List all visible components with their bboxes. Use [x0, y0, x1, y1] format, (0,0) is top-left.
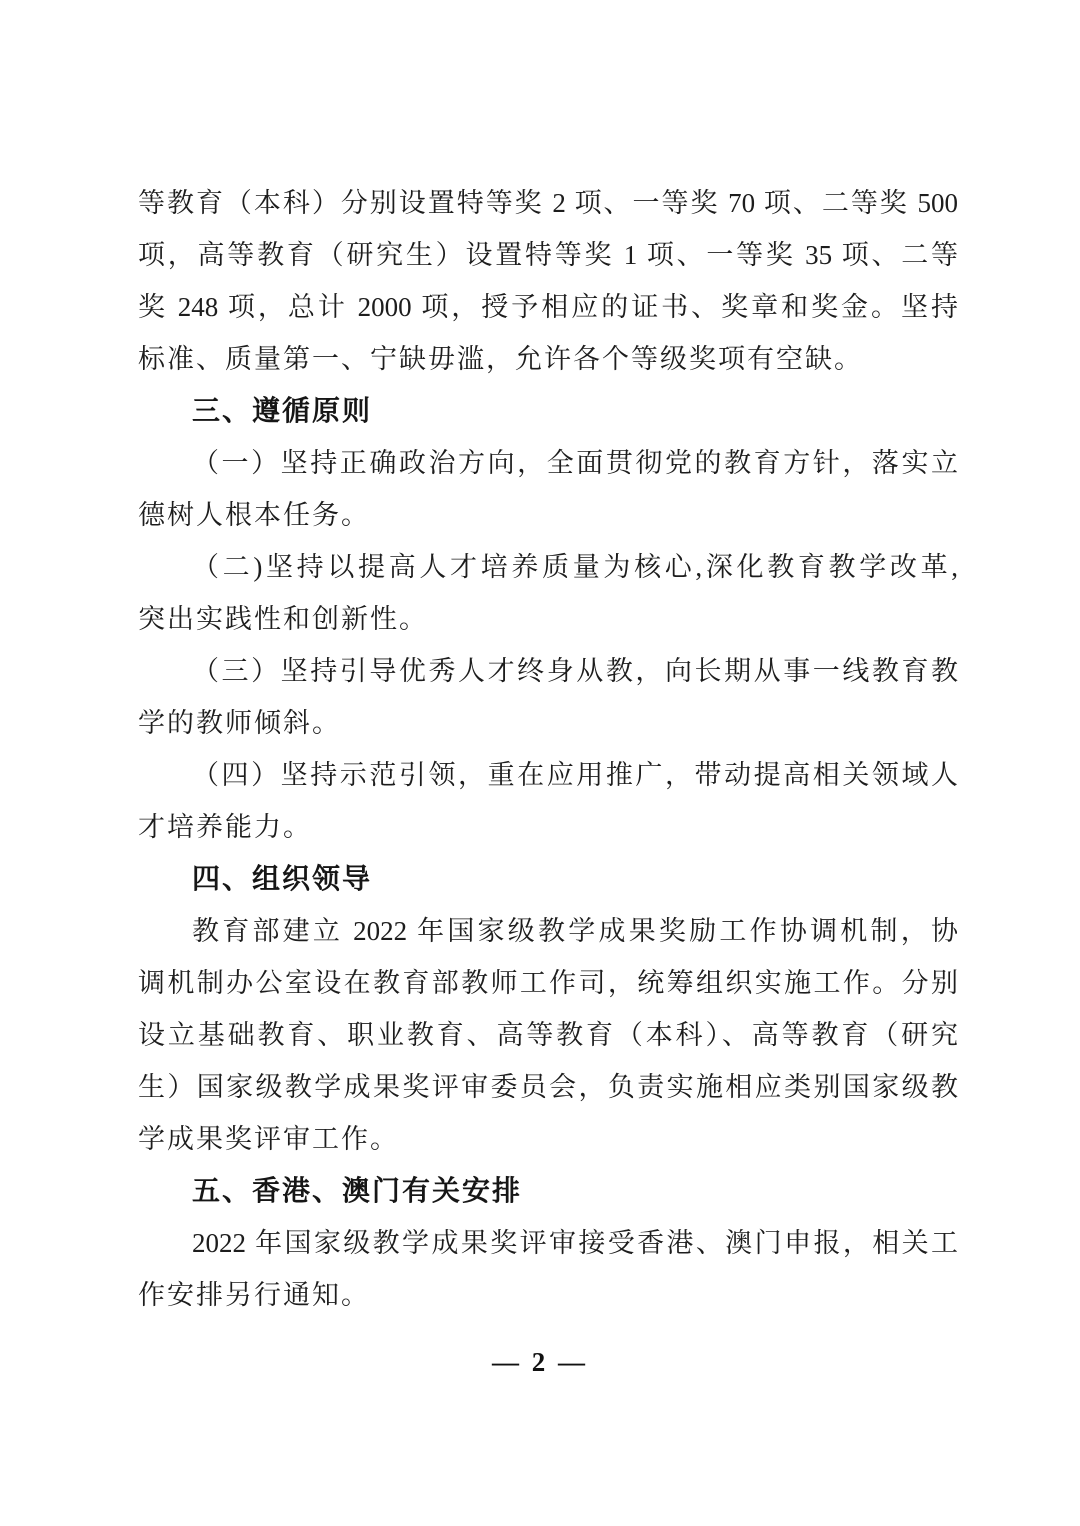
- text-line: 项，高等教育（研究生）设置特等奖 1 项、一等奖 35 项、二等: [138, 229, 958, 281]
- text-line: 突出实践性和创新性。: [138, 593, 958, 645]
- text-line: 调机制办公室设在教育部教师工作司，统筹组织实施工作。分别: [138, 957, 958, 1009]
- text-line: （四）坚持示范引领，重在应用推广，带动提高相关领域人: [138, 749, 958, 801]
- text-line: 生）国家级教学成果奖评审委员会，负责实施相应类别国家级教: [138, 1061, 958, 1113]
- text-line: 学的教师倾斜。: [138, 697, 958, 749]
- text-line: （二)坚持以提高人才培养质量为核心,深化教育教学改革,: [138, 541, 958, 593]
- text-line: （一）坚持正确政治方向，全面贯彻党的教育方针，落实立: [138, 437, 958, 489]
- page-footer: — 2 —: [0, 1336, 1080, 1388]
- text-line: 作安排另行通知。: [138, 1269, 958, 1321]
- text-line: 标准、质量第一、宁缺毋滥，允许各个等级奖项有空缺。: [138, 333, 958, 385]
- text-line: 德树人根本任务。: [138, 489, 958, 541]
- text-line: 才培养能力。: [138, 801, 958, 853]
- text-line: 设立基础教育、职业教育、高等教育（本科）、高等教育（研究: [138, 1009, 958, 1061]
- text-line: 教育部建立 2022 年国家级教学成果奖励工作协调机制，协: [138, 905, 958, 957]
- text-line: 奖 248 项，总计 2000 项，授予相应的证书、奖章和奖金。坚持: [138, 281, 958, 333]
- document-page: 等教育（本科）分别设置特等奖 2 项、一等奖 70 项、二等奖 500项，高等教…: [0, 0, 1080, 1526]
- text-line: 学成果奖评审工作。: [138, 1113, 958, 1165]
- text-line: 2022 年国家级教学成果奖评审接受香港、澳门申报，相关工: [138, 1217, 958, 1269]
- document-body: 等教育（本科）分别设置特等奖 2 项、一等奖 70 项、二等奖 500项，高等教…: [138, 177, 958, 1321]
- text-line: 等教育（本科）分别设置特等奖 2 项、一等奖 70 项、二等奖 500: [138, 177, 958, 229]
- section-heading: 四、组织领导: [138, 853, 958, 905]
- text-line: （三）坚持引导优秀人才终身从教，向长期从事一线教育教: [138, 645, 958, 697]
- section-heading: 三、遵循原则: [138, 385, 958, 437]
- page-number: — 2 —: [492, 1347, 588, 1377]
- section-heading: 五、香港、澳门有关安排: [138, 1165, 958, 1217]
